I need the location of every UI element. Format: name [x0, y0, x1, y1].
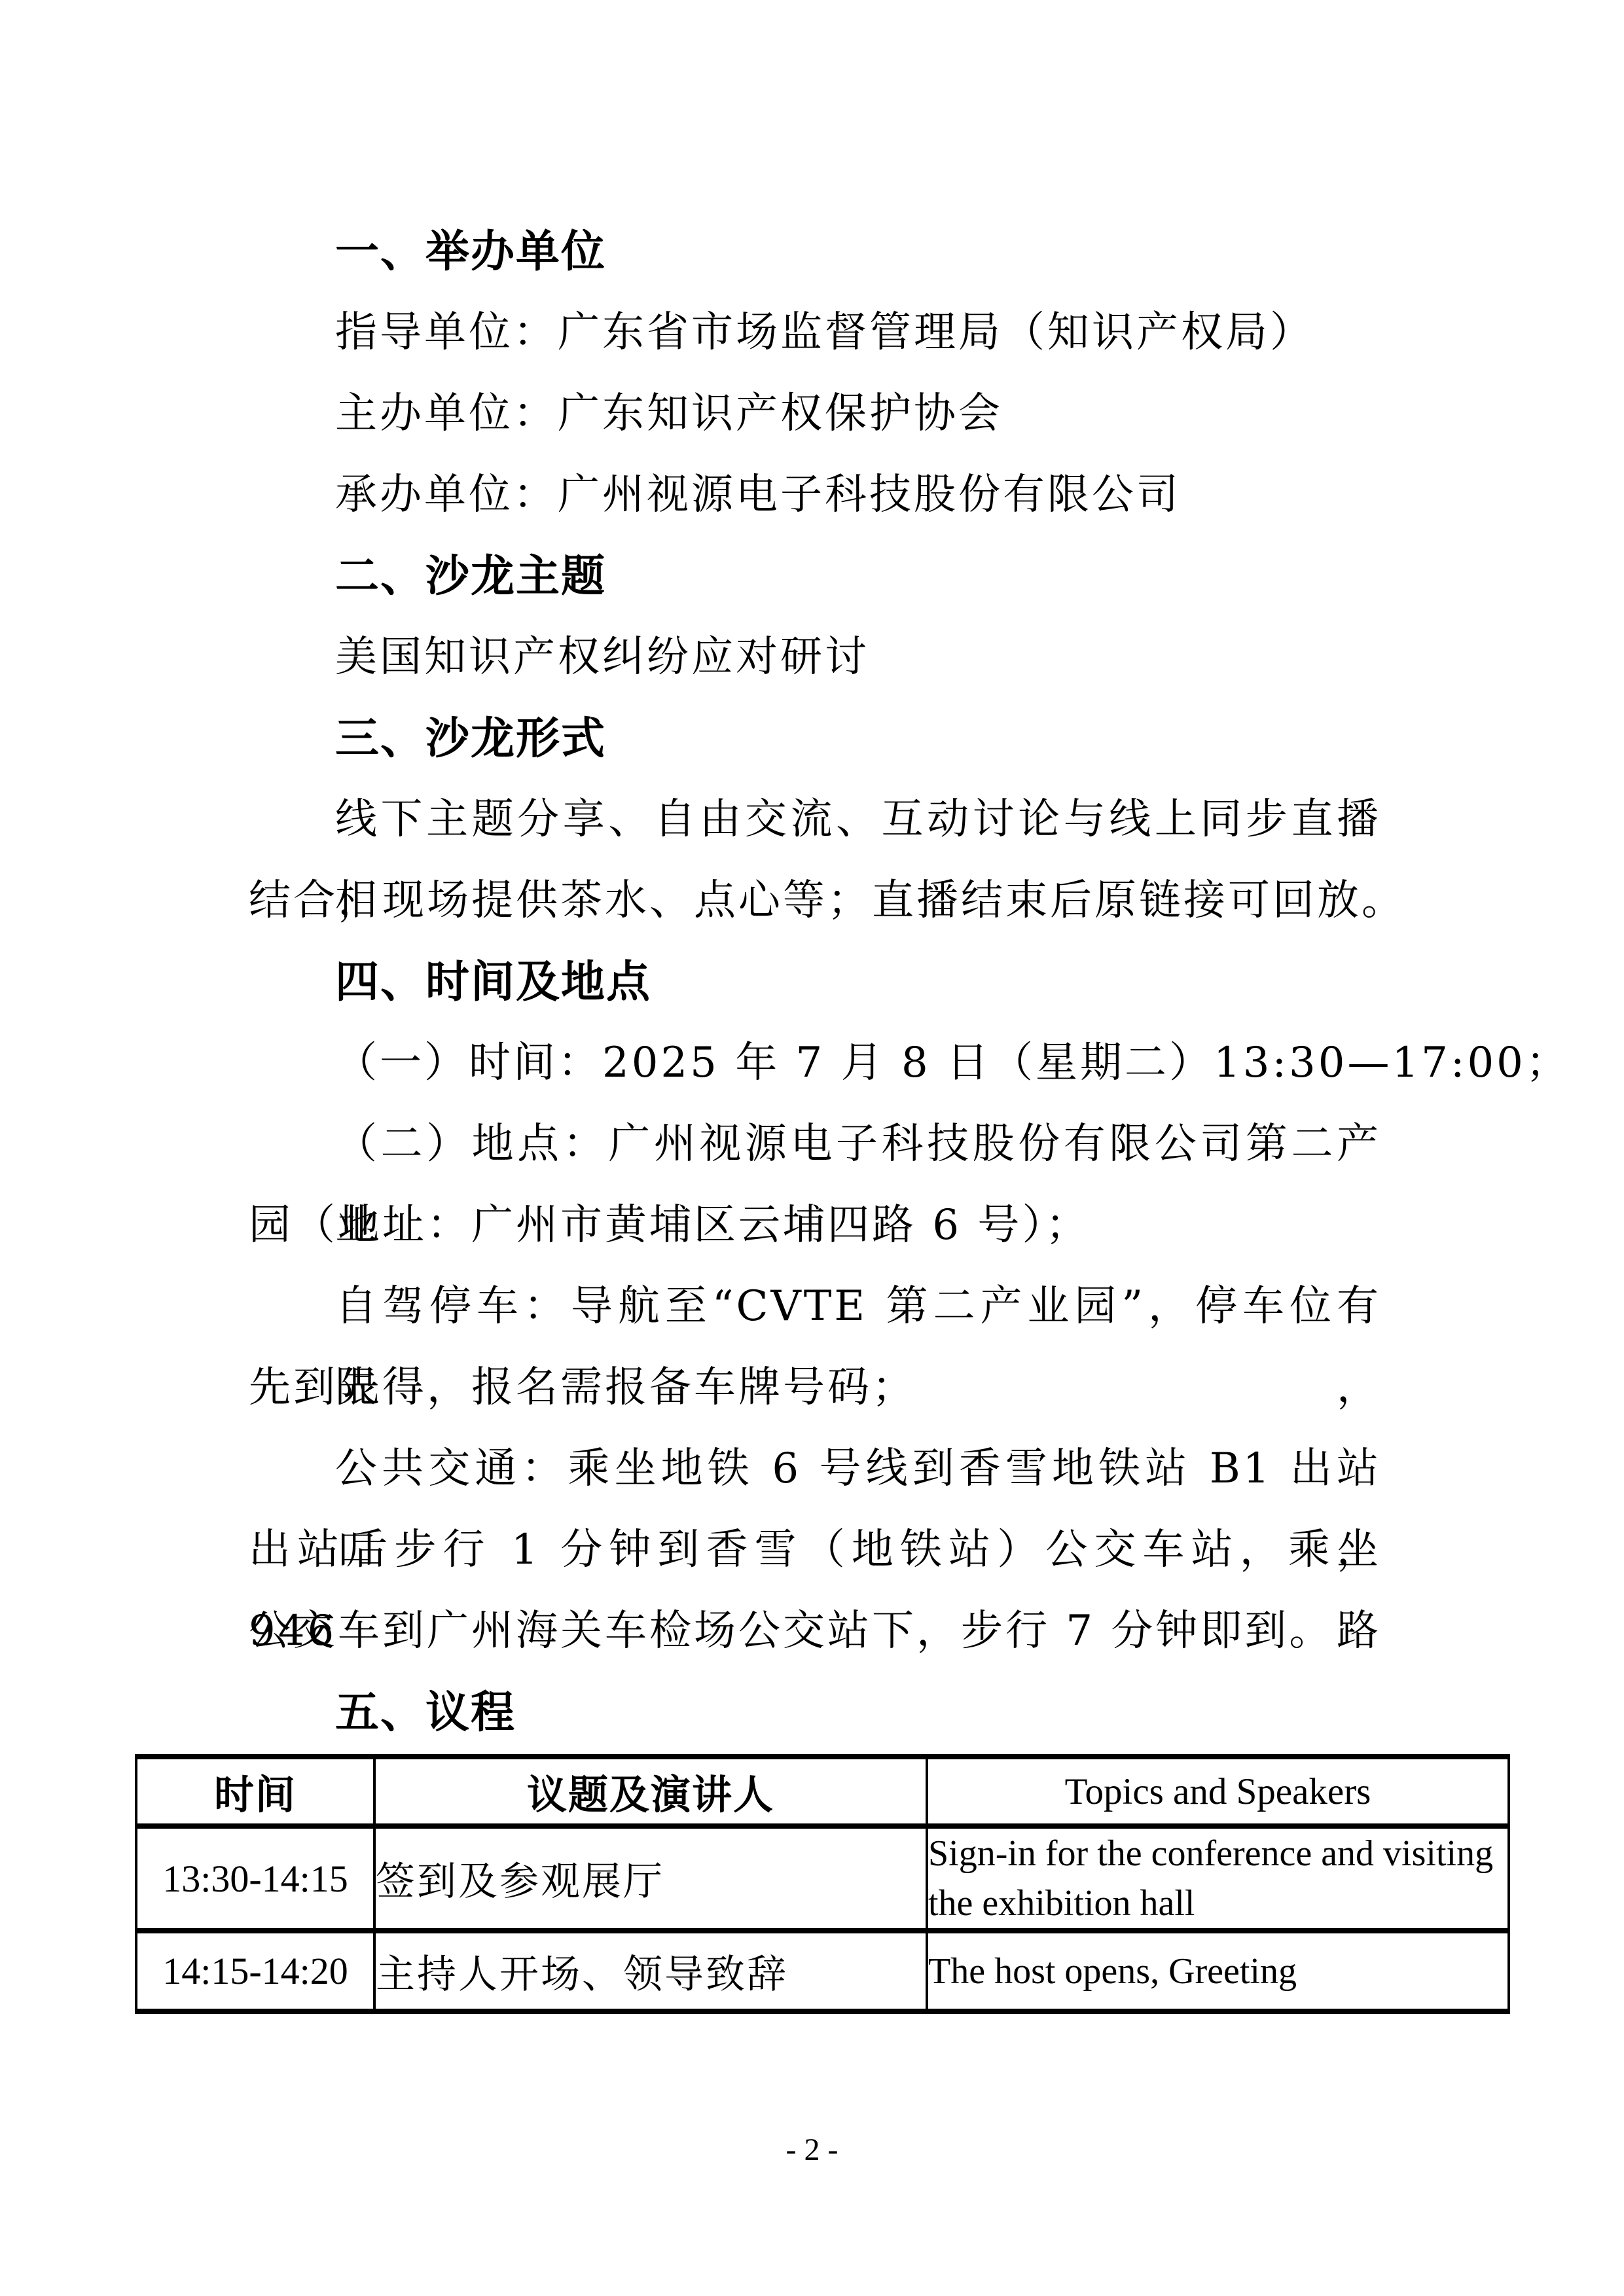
agenda-time-cell: 13:30-14:15 [136, 1826, 374, 1931]
transit-line-1: 公共交通：乘坐地铁 6 号线到香雪地铁站 B1 出站口， [249, 1428, 1381, 1509]
place-line-1: （二）地点：广州视源电子科技股份有限公司第二产业 [249, 1103, 1381, 1185]
document-body: 一、举办单位 指导单位：广东省市场监督管理局（知识产权局） 主办单位：广东知识产… [249, 211, 1381, 1753]
agenda-header-topic-cn: 议题及演讲人 [374, 1757, 927, 1826]
guiding-unit-line: 指导单位：广东省市场监督管理局（知识产权局） [249, 292, 1381, 373]
section-heading-agenda: 五、议程 [249, 1672, 1381, 1753]
agenda-topic-en-cell: The host opens, Greeting [927, 1931, 1509, 2011]
parking-line-1: 自驾停车：导航至“CVTE 第二产业园”，停车位有限， [249, 1266, 1381, 1347]
agenda-header-time: 时间 [136, 1757, 374, 1826]
agenda-topic-cn-cell: 签到及参观展厅 [374, 1826, 927, 1931]
salon-format-line-1: 线下主题分享、自由交流、互动讨论与线上同步直播相 [249, 779, 1381, 860]
agenda-topic-en-cell: Sign-in for the conference and visiting … [927, 1826, 1509, 1931]
agenda-time-cell: 14:15-14:20 [136, 1931, 374, 2011]
time-line: （一）时间：2025 年 7 月 8 日（星期二）13:30—17:00； [249, 1022, 1381, 1103]
agenda-header-topic-en: Topics and Speakers [927, 1757, 1509, 1826]
section-heading-salon-format: 三、沙龙形式 [249, 698, 1381, 779]
agenda-table: 时间 议题及演讲人 Topics and Speakers 13:30-14:1… [135, 1754, 1510, 2014]
agenda-row: 14:15-14:20 主持人开场、领导致辞 The host opens, G… [136, 1931, 1509, 2011]
agenda-row: 13:30-14:15 签到及参观展厅 Sign-in for the conf… [136, 1826, 1509, 1931]
agenda-header-row: 时间 议题及演讲人 Topics and Speakers [136, 1757, 1509, 1826]
transit-line-2: 出站后步行 1 分钟到香雪（地铁站）公交车站，乘坐 946 路 [249, 1509, 1381, 1590]
place-line-2: 园（地址：广州市黄埔区云埔四路 6 号）； [249, 1185, 1381, 1266]
salon-format-line-2: 结合，现场提供茶水、点心等；直播结束后原链接可回放。 [249, 860, 1381, 941]
host-unit-line: 主办单位：广东知识产权保护协会 [249, 373, 1381, 454]
section-heading-salon-topic: 二、沙龙主题 [249, 535, 1381, 617]
document-page: 一、举办单位 指导单位：广东省市场监督管理局（知识产权局） 主办单位：广东知识产… [0, 0, 1624, 2296]
transit-line-3: 公交车到广州海关车检场公交站下，步行 7 分钟即到。 [249, 1590, 1381, 1672]
salon-topic-line: 美国知识产权纠纷应对研讨 [249, 617, 1381, 698]
agenda-topic-cn-cell: 主持人开场、领导致辞 [374, 1931, 927, 2011]
page-number: - 2 - [0, 2128, 1624, 2172]
organizing-unit-line: 承办单位：广州视源电子科技股份有限公司 [249, 454, 1381, 535]
section-heading-time-place: 四、时间及地点 [249, 941, 1381, 1022]
section-heading-organizers: 一、举办单位 [249, 211, 1381, 292]
